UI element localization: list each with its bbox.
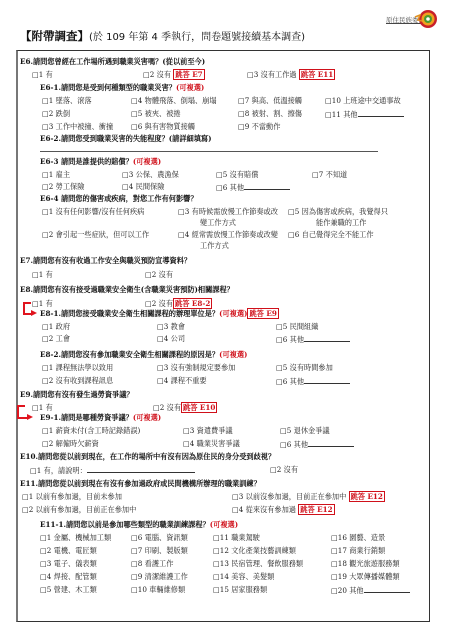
e6-4-option-2[interactable]: □2 會引起一些症狀，但可以工作 xyxy=(42,230,149,239)
option-label: □6 其他 xyxy=(216,183,244,192)
e6-3-option[interactable]: □1 雇主 xyxy=(42,170,70,179)
arrowhead-icon xyxy=(31,310,37,316)
e11-1-option[interactable]: □7 印刷、製版類 xyxy=(131,546,188,555)
e8-option-2[interactable]: □2 沒有跳答 E8-2 xyxy=(145,299,212,308)
e9-option-1[interactable]: □1 有 xyxy=(32,403,53,412)
answer-line[interactable] xyxy=(40,151,378,152)
e6-3-option[interactable]: □5 沒有賠償 xyxy=(216,170,258,179)
multi-select-label: (可複選) xyxy=(176,83,204,92)
arrowhead-icon xyxy=(27,414,33,420)
option-label: □3 以前沒參加過，目前正在參加中 xyxy=(232,492,346,501)
skip-badge: 跳答 E8-2 xyxy=(173,298,212,309)
question-e8: E8.請問您有沒有接受過職業安全衛生(含職業災害預防)相關課程？ xyxy=(20,285,234,294)
e8-1-option[interactable]: □2 工會 xyxy=(42,334,70,343)
e6-4-option-4-cont: 工作方式 xyxy=(200,241,229,250)
e6-option-2-label: □2 沒有 xyxy=(143,70,171,79)
e6-option-1[interactable]: □1 有 xyxy=(32,70,53,79)
e6-3-option-other[interactable]: □6 其他 xyxy=(216,182,290,192)
e8-1-option[interactable]: □1 政府 xyxy=(42,322,70,331)
e6-4-option-3-cont: 變工作方式 xyxy=(200,218,236,227)
text-blank[interactable] xyxy=(87,465,195,473)
e11-option-3[interactable]: □3 以前沒參加過，目前正在參加中 跳答 E12 xyxy=(232,492,385,501)
skip-badge: 跳答 E9 xyxy=(247,308,278,319)
e11-1-option[interactable]: □5 營建、木工類 xyxy=(40,585,97,594)
e6-1-option[interactable]: □9 不當動作 xyxy=(238,122,280,131)
e11-1-option-other[interactable]: □20 其他 xyxy=(331,585,410,595)
e11-1-option[interactable]: □6 電腦、資訊類 xyxy=(131,533,188,542)
e6-1-option[interactable]: □2 跌倒 xyxy=(42,109,70,118)
e9-1-option[interactable]: □4 職業災害爭議 xyxy=(183,439,240,448)
e11-1-option[interactable]: □19 大眾傳播媒體類 xyxy=(331,572,400,581)
question-e9-1: E9-1.請問是哪種勞資爭議？(可複選) xyxy=(40,413,161,422)
multi-select-label: (可複選) xyxy=(133,157,161,166)
e6-3-option[interactable]: □3 公保、農漁保 xyxy=(122,170,179,179)
e8-2-option[interactable]: □2 沒有收到課程訊息 xyxy=(42,376,113,385)
text-blank[interactable] xyxy=(304,334,350,342)
e8-1-option[interactable]: □4 公司 xyxy=(157,334,185,343)
option-label: □2 沒有 xyxy=(145,299,173,308)
question-text: E8-1.請問您接受職業安全衛生相關課程的辦理單位是？ xyxy=(40,309,219,318)
text-blank[interactable] xyxy=(308,439,354,447)
e7-option-2[interactable]: □2 沒有 xyxy=(145,270,173,279)
e8-1-option[interactable]: □3 教會 xyxy=(157,322,185,331)
question-e8-2: E8-2.請問您沒有參加職業安全衛生相關課程的原因是？(可複選) xyxy=(40,350,247,359)
e9-1-option-other[interactable]: □6 其他 xyxy=(280,439,354,449)
e6-1-option[interactable]: □3 工作中被撞、衝撞 xyxy=(42,122,113,131)
question-e6-4: E6-4 請問您的傷害或疾病，對您工作有何影響？ xyxy=(40,194,198,203)
e6-option-3[interactable]: □3 沒有工作過 跳答 E11 xyxy=(247,70,335,79)
e8-2-option[interactable]: □1 課程無法學以致用 xyxy=(42,363,113,372)
e11-option-4[interactable]: □4 從來沒有參加過 跳答 E12 xyxy=(232,505,335,514)
e8-2-option[interactable]: □3 沒有強制規定要參加 xyxy=(157,363,235,372)
question-e10: E10.請問您從以前到現在，在工作的場所中有沒有因為原住民的身分受到歧視？ xyxy=(20,452,275,461)
e6-4-option-3[interactable]: □3 有時候需放慢工作節奏或改 xyxy=(178,207,278,216)
skip-badge: 跳答 E12 xyxy=(349,491,385,502)
multi-select-label: (可複選) xyxy=(133,413,161,422)
e6-4-option-4[interactable]: □4 經常需放慢工作節奏或改變 xyxy=(178,230,278,239)
e11-1-option[interactable]: □11 職業駕駛 xyxy=(213,533,260,542)
question-text: E6-3 請問是誰提供的賠償？ xyxy=(40,157,133,166)
council-logo-icon xyxy=(413,8,439,30)
option-label: □1 有，請說明： xyxy=(30,466,87,475)
e6-1-option[interactable]: □1 墜落、滾落 xyxy=(42,96,92,105)
e6-1-option[interactable]: □4 物體飛落、倒塌、崩塌 xyxy=(131,96,217,105)
e11-option-1[interactable]: □1 以前有參加過，目前未參加 xyxy=(22,492,122,501)
e9-option-2[interactable]: □2 沒有跳答 E10 xyxy=(153,403,217,412)
question-e6-1: E6-1.請問您是受到何種類型的職業災害？(可複選) xyxy=(40,83,204,92)
e11-1-option[interactable]: □18 觀光旅遊服務類 xyxy=(331,559,400,568)
text-blank[interactable] xyxy=(244,182,290,190)
e6-option-3-label: □3 沒有工作過 xyxy=(247,70,297,79)
e9-1-option[interactable]: □2 解僱時欠薪資 xyxy=(42,439,99,448)
question-e6: E6.請問您曾經在工作場所遇到職業災害嗎？(從以前至今) xyxy=(20,57,205,66)
question-e6-3: E6-3 請問是誰提供的賠償？(可複選) xyxy=(40,157,161,166)
e11-option-2[interactable]: □2 以前有參加過，目前正在參加中 xyxy=(22,505,136,514)
question-e9: E9.請問您有沒有發生過勞資爭議？ xyxy=(20,390,134,399)
e6-1-option[interactable]: □10 上班途中交通事故 xyxy=(325,96,401,105)
question-e8-1: E8-1.請問您接受職業安全衛生相關課程的辦理單位是？(可複選)跳答 E9 xyxy=(40,309,279,318)
e9-1-option[interactable]: □5 退休金爭議 xyxy=(280,426,330,435)
e11-1-option[interactable]: □1 金屬、機械加工類 xyxy=(40,533,111,542)
question-e11-1: E11-1.請問您以前是參加哪些類型的職業訓練課程？(可複選) xyxy=(40,520,238,529)
e11-1-option[interactable]: □8 看護工作 xyxy=(131,559,173,568)
question-text: E8-2.請問您沒有參加職業安全衛生相關課程的原因是？ xyxy=(40,350,219,359)
question-text: E6-1.請問您是受到何種類型的職業災害？ xyxy=(40,83,176,92)
title-main: 【附帶調查】 xyxy=(20,29,89,43)
e6-1-option[interactable]: □5 被夾、被捲 xyxy=(131,109,181,118)
option-label: □20 其他 xyxy=(331,586,364,595)
option-label: □6 其他 xyxy=(280,440,308,449)
e11-1-option[interactable]: □4 焊接、配管類 xyxy=(40,572,97,581)
page-title: 【附帶調查】(於 109 年第 4 季執行，問卷題號接續基本調查) xyxy=(20,28,305,44)
e11-1-option[interactable]: □3 電子、儀表類 xyxy=(40,559,97,568)
text-blank[interactable] xyxy=(304,376,350,384)
question-e11: E11.請問您從以前到現在有沒有參加過政府或民間機構所辦理的職業訓練？ xyxy=(20,479,261,488)
multi-select-label: (可複選) xyxy=(219,309,247,318)
e6-1-option[interactable]: □7 與高、低溫接觸 xyxy=(238,96,302,105)
question-text: E11-1.請問您以前是參加哪些類型的職業訓練課程？ xyxy=(40,520,210,529)
skip-badge: 跳答 E11 xyxy=(299,69,335,80)
e6-3-option[interactable]: □7 不知道 xyxy=(312,170,347,179)
e11-1-option[interactable]: □14 美容、美髮類 xyxy=(213,572,274,581)
title-sub: (於 109 年第 4 季執行，問卷題號接續基本調查) xyxy=(89,32,305,43)
e10-option-2[interactable]: □2 沒有 xyxy=(270,465,298,474)
option-label: □4 從來沒有參加過 xyxy=(232,505,296,514)
e9-1-option[interactable]: □3 資遣費爭議 xyxy=(183,426,233,435)
text-blank[interactable] xyxy=(364,585,410,593)
e11-1-option[interactable]: □17 商業行銷類 xyxy=(331,546,385,555)
e8-1-option-other[interactable]: □6 其他 xyxy=(276,334,350,344)
e8-1-option[interactable]: □5 民間組織 xyxy=(276,322,318,331)
e8-2-option[interactable]: □4 課程不重要 xyxy=(157,376,207,385)
e6-1-option-other[interactable]: □11 其他 xyxy=(325,109,404,119)
option-label: □6 其他 xyxy=(276,335,304,344)
e8-option-1[interactable]: □1 有 xyxy=(32,299,53,308)
multi-select-label: (可複選) xyxy=(210,520,238,529)
e6-3-option[interactable]: □2 勞工保險 xyxy=(42,182,84,191)
branch-arrow-line xyxy=(23,313,31,315)
e6-4-option-6[interactable]: □6 自己覺得完全不能工作 xyxy=(288,230,374,239)
e11-1-option[interactable]: □15 居家服務類 xyxy=(213,585,267,594)
e11-1-option[interactable]: □10 車輛維修類 xyxy=(131,585,185,594)
branch-arrow-line xyxy=(17,417,27,419)
e6-4-option-5-cont: 能作兼職的工作 xyxy=(316,218,366,227)
e8-2-option-other[interactable]: □6 其他 xyxy=(276,376,350,386)
question-e7: E7.請問您有沒有收過工作安全與職災預防宣導資料？ xyxy=(20,256,191,265)
e11-1-option[interactable]: □16 園藝、造景 xyxy=(331,533,385,542)
e7-option-1[interactable]: □1 有 xyxy=(32,270,53,279)
option-label: □11 其他 xyxy=(325,110,358,119)
multi-select-label: (可複選) xyxy=(219,350,247,359)
question-e6-2: E6-2.請問您受到職業災害的失能程度？(請詳細填寫) xyxy=(40,134,212,143)
e6-3-option[interactable]: □4 民間保險 xyxy=(122,182,164,191)
skip-badge: 跳答 E10 xyxy=(181,402,217,413)
e6-4-option-1[interactable]: □1 沒有任何影響/沒有任何疾病 xyxy=(42,207,144,216)
e9-1-option[interactable]: □1 薪資未付(含工時記錄錯誤) xyxy=(42,426,140,435)
e6-4-option-5[interactable]: □5 因為傷害或疾病，我覺得只 xyxy=(288,207,388,216)
skip-badge: 跳答 E12 xyxy=(298,504,334,515)
e11-1-option[interactable]: □9 清潔維護工作 xyxy=(131,572,188,581)
e6-option-2[interactable]: □2 沒有 跳答 E7 xyxy=(143,70,205,79)
e8-2-option[interactable]: □5 沒有時間參加 xyxy=(276,363,333,372)
text-blank[interactable] xyxy=(358,109,404,117)
e11-1-option[interactable]: □12 文化產業技藝訓練類 xyxy=(213,546,296,555)
e11-1-option[interactable]: □2 電機、電匠類 xyxy=(40,546,97,555)
e11-1-option[interactable]: □13 民宿管理、餐飲服務類 xyxy=(213,559,303,568)
option-label: □2 沒有 xyxy=(153,403,181,412)
option-label: □6 其他 xyxy=(276,377,304,386)
e6-1-option[interactable]: □6 與有害物質接觸 xyxy=(131,122,195,131)
question-text: E9-1.請問是哪種勞資爭議？ xyxy=(40,413,133,422)
e10-option-1[interactable]: □1 有，請說明： xyxy=(30,465,195,475)
e6-1-option[interactable]: □8 被射、割、擦傷 xyxy=(238,109,302,118)
skip-badge: 跳答 E7 xyxy=(173,69,204,80)
